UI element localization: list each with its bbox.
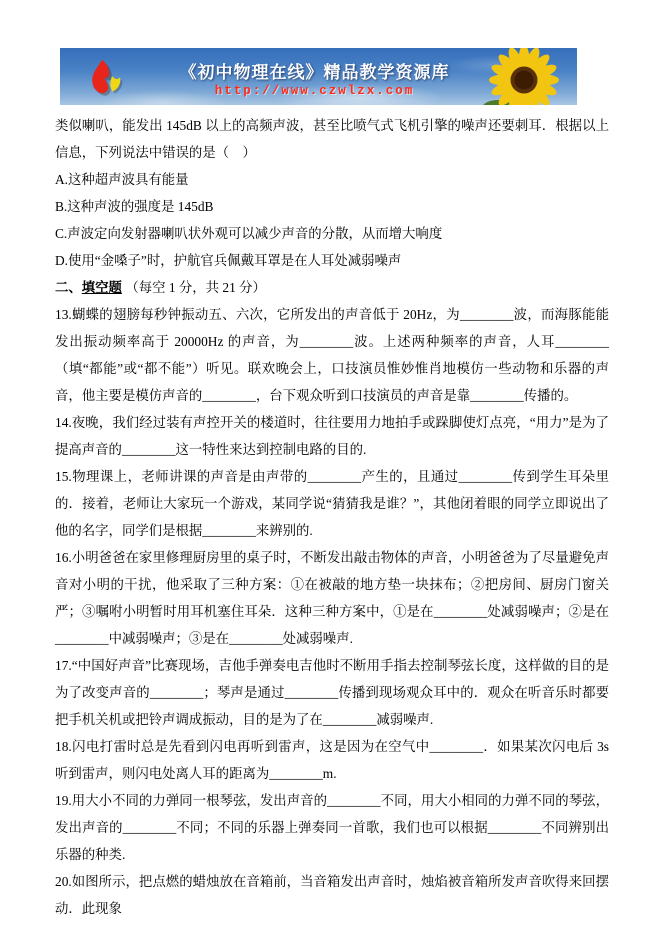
- section-number: 二、: [55, 280, 82, 295]
- question-19: 19.用大小不同的力弹同一根琴弦，发出声音的________不同，用大小相同的力…: [55, 787, 609, 868]
- choice-a: A.这种超声波具有能量: [55, 166, 609, 193]
- choice-c: C.声波定向发射器喇叭状外观可以减少声音的分散，从而增大响度: [55, 220, 609, 247]
- exam-content: 类似喇叭，能发出 145dB 以上的高频声波，甚至比喷气式飞机引擎的噪声还要刺耳…: [55, 112, 609, 922]
- question-14: 14.夜晚，我们经过装有声控开关的楼道时，往往要用力地拍手或跺脚使灯点亮，“用力…: [55, 409, 609, 463]
- sunflower-icon: [481, 48, 577, 105]
- question-18: 18.闪电打雷时总是先看到闪电再听到雷声，这是因为在空气中________．如果…: [55, 733, 609, 787]
- question-16: 16.小明爸爸在家里修理厨房里的桌子时，不断发出敲击物体的声音，小明爸爸为了尽量…: [55, 544, 609, 652]
- banner-title: 《初中物理在线》精品教学资源库: [180, 58, 450, 83]
- question-15: 15.物理课上，老师讲课的声音是由声带的________产生的，且通过_____…: [55, 463, 609, 544]
- question-12-continuation-text: 类似喇叭，能发出 145dB 以上的高频声波，甚至比喷气式飞机引擎的噪声还要刺耳…: [55, 112, 609, 166]
- choice-b: B.这种声波的强度是 145dB: [55, 193, 609, 220]
- section-heading: 二、填空题 （每空 1 分，共 21 分）: [55, 274, 609, 301]
- question-13: 13.蝴蝶的翅膀每秒钟振动五、六次，它所发出的声音低于 20Hz，为______…: [55, 301, 609, 409]
- section-title: 填空题: [82, 280, 122, 295]
- banner-text: 《初中物理在线》精品教学资源库 http://www.czwlzx.com: [148, 48, 481, 105]
- site-banner: 《初中物理在线》精品教学资源库 http://www.czwlzx.com: [60, 48, 577, 105]
- choice-d: D.使用“金嗓子”时，护航官兵佩戴耳罩是在人耳处减弱噪声: [55, 247, 609, 274]
- section-note: （每空 1 分，共 21 分）: [125, 280, 266, 295]
- banner-url-link[interactable]: http://www.czwlzx.com: [215, 84, 415, 98]
- flame-logo-icon: [60, 48, 148, 105]
- question-20: 20.如图所示，把点燃的蜡烛放在音箱前，当音箱发出声音时，烛焰被音箱所发声音吹得…: [55, 868, 609, 922]
- question-17: 17.“中国好声音”比赛现场，吉他手弹奏电吉他时不断用手指去控制琴弦长度，这样做…: [55, 652, 609, 733]
